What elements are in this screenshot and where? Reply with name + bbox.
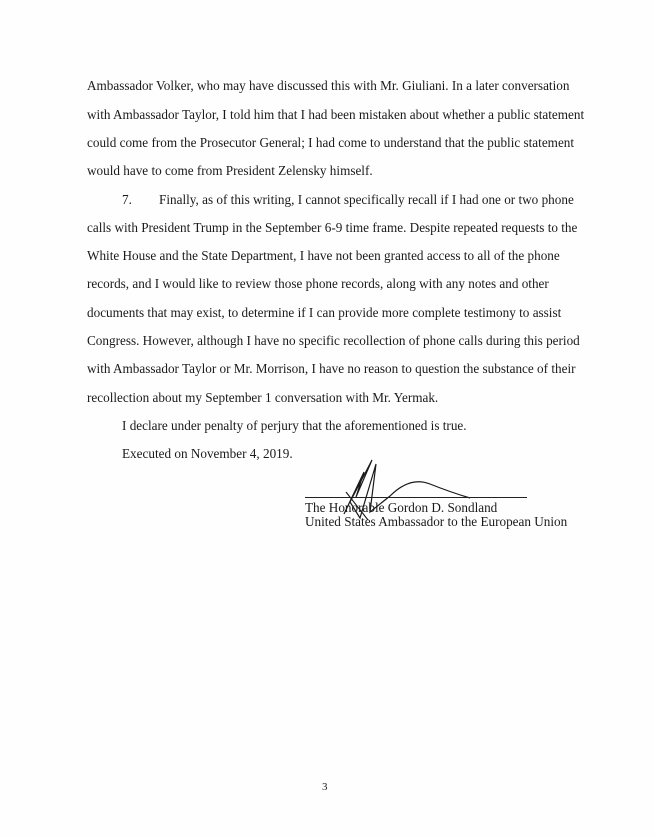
text-line: could come from the Prosecutor General; … bbox=[87, 135, 574, 151]
document-page: Ambassador Volker, who may have discusse… bbox=[0, 0, 654, 837]
declaration-text: I declare under penalty of perjury that … bbox=[122, 418, 467, 434]
text-line: with Ambassador Taylor or Mr. Morrison, … bbox=[87, 361, 576, 377]
executed-date: Executed on November 4, 2019. bbox=[122, 446, 293, 462]
text-line: White House and the State Department, I … bbox=[87, 248, 560, 264]
page-number: 3 bbox=[322, 781, 328, 793]
text-line: would have to come from President Zelens… bbox=[87, 163, 373, 179]
text-line: recollection about my September 1 conver… bbox=[87, 390, 438, 406]
text-line: Finally, as of this writing, I cannot sp… bbox=[159, 192, 574, 208]
text-line: records, and I would like to review thos… bbox=[87, 276, 549, 292]
signatory-title: United States Ambassador to the European… bbox=[305, 514, 567, 530]
paragraph-number: 7. bbox=[122, 192, 132, 208]
text-line: documents that may exist, to determine i… bbox=[87, 305, 561, 321]
text-line: Ambassador Volker, who may have discusse… bbox=[87, 78, 569, 94]
signature-line bbox=[305, 497, 527, 498]
text-line: Congress. However, although I have no sp… bbox=[87, 333, 580, 349]
text-line: calls with President Trump in the Septem… bbox=[87, 220, 577, 236]
text-line: with Ambassador Taylor, I told him that … bbox=[87, 107, 584, 123]
